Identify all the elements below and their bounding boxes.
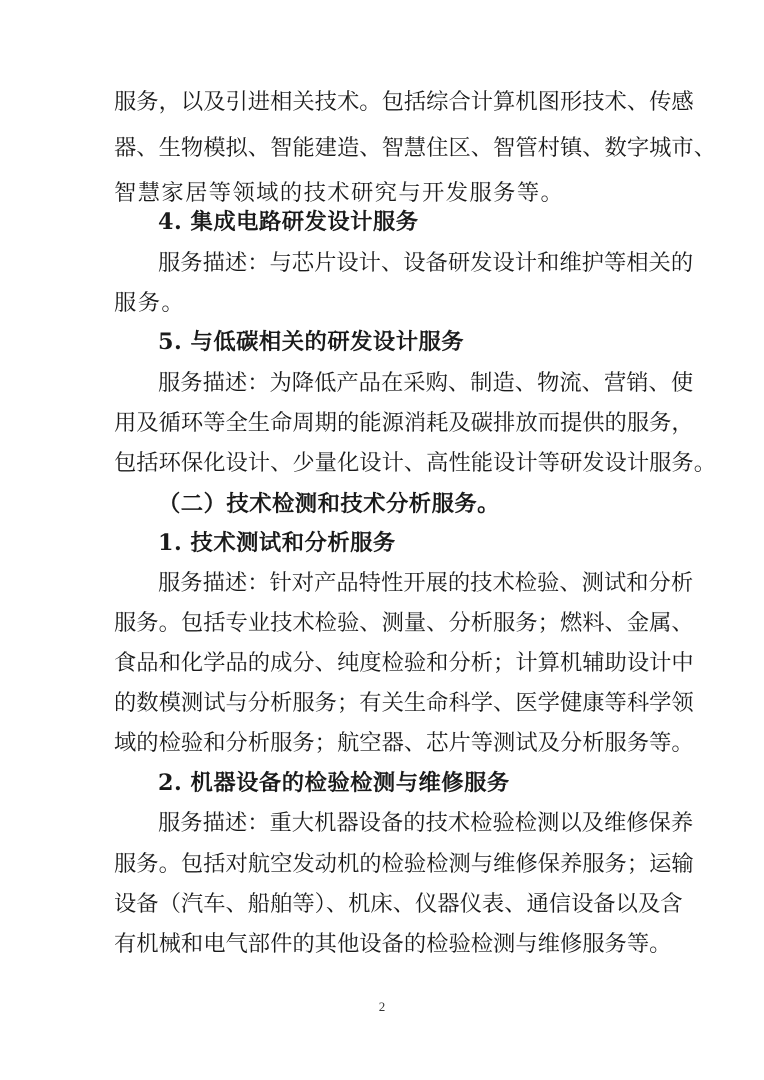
body-text-line: 有机械和电气部件的其他设备的检验检测与维修服务等。 (114, 929, 650, 959)
body-text-line: 服务，以及引进相关技术。包括综合计算机图形技术、传感 (114, 87, 650, 117)
section-heading: 5. 与低碳相关的研发设计服务 (158, 327, 650, 357)
section-heading: 1. 技术测试和分析服务 (158, 528, 650, 558)
section-heading: （二）技术检测和技术分析服务。 (158, 489, 650, 519)
body-text-line: 食品和化学品的成分、纯度检验和分析；计算机辅助设计中 (114, 648, 650, 678)
body-text-line: 设备（汽车、船舶等）、机床、仪器仪表、通信设备以及含 (114, 889, 650, 919)
page-number: 2 (0, 999, 764, 1015)
body-text-line: 服务。包括专业技术检验、测量、分析服务；燃料、金属、 (114, 608, 650, 638)
body-text-line: 包括环保化设计、少量化设计、高性能设计等研发设计服务。 (114, 448, 650, 478)
body-text-line: 用及循环等全生命周期的能源消耗及碳排放而提供的服务， (114, 408, 650, 438)
body-text-line: 的数模测试与分析服务；有关生命科学、医学健康等科学领 (114, 688, 650, 718)
section-heading: 2. 机器设备的检验检测与维修服务 (158, 768, 650, 798)
body-text-line: 服务描述：为降低产品在采购、制造、物流、营销、使 (158, 368, 650, 398)
body-text-line: 服务。包括对航空发动机的检验检测与维修保养服务；运输 (114, 849, 650, 879)
body-text-line: 服务。 (114, 288, 650, 318)
section-heading: 4. 集成电路研发设计服务 (158, 207, 650, 237)
body-text-line: 服务描述：与芯片设计、设备研发设计和维护等相关的 (158, 248, 650, 278)
body-text-line: 服务描述：针对产品特性开展的技术检验、测试和分析 (158, 568, 650, 598)
document-page: 服务，以及引进相关技术。包括综合计算机图形技术、传感器、生物模拟、智能建造、智慧… (0, 0, 764, 1080)
body-text-line: 域的检验和分析服务；航空器、芯片等测试及分析服务等。 (114, 728, 650, 758)
body-text-line: 服务描述：重大机器设备的技术检验检测以及维修保养 (158, 808, 650, 838)
body-text-line: 器、生物模拟、智能建造、智慧住区、智管村镇、数字城市、 (114, 133, 650, 163)
body-text-line: 智慧家居等领域的技术研究与开发服务等。 (114, 178, 650, 208)
